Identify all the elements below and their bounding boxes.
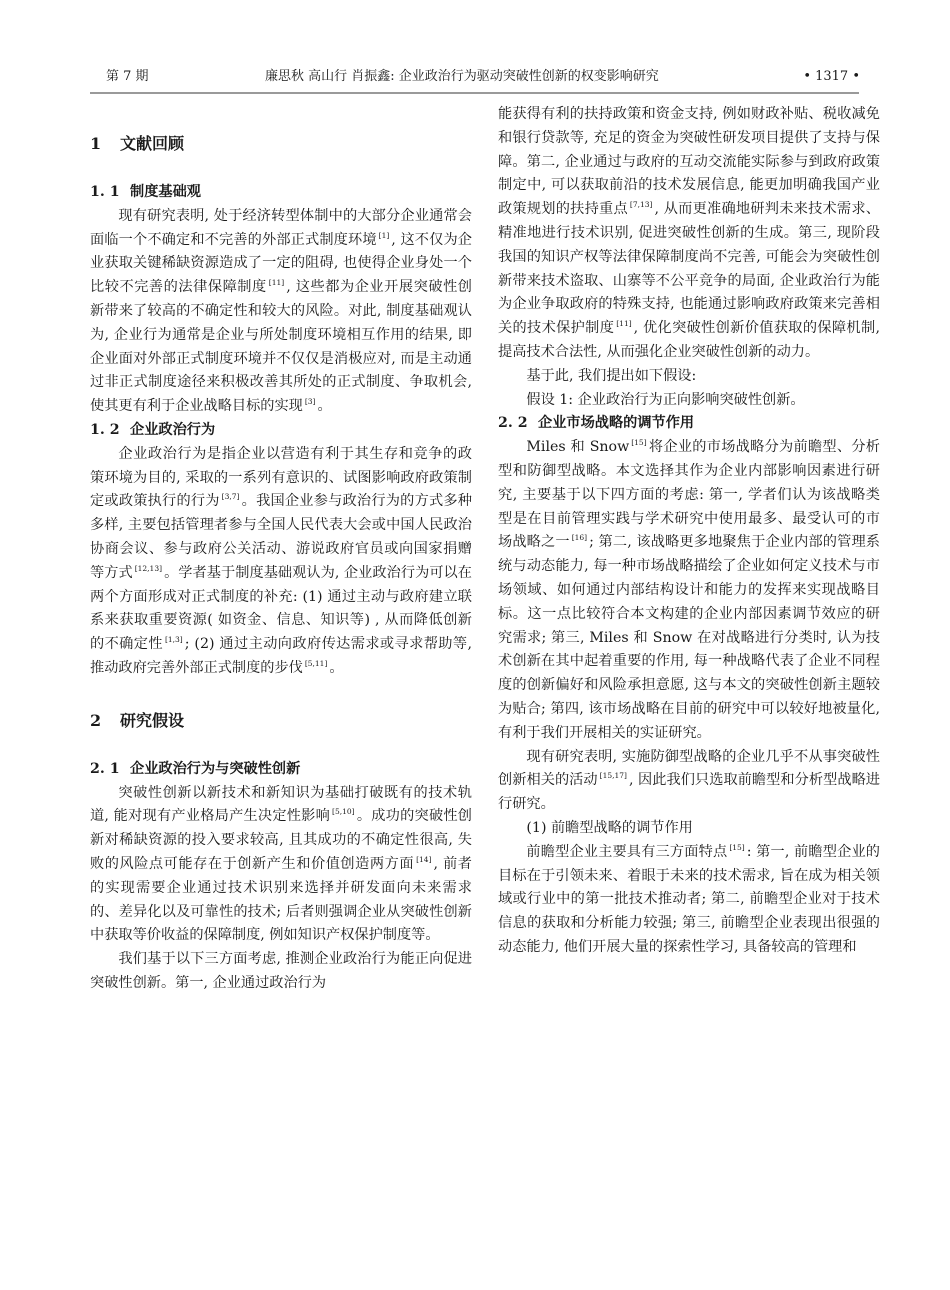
- hypothesis-1: 假设 1: 企业政治行为正向影响突破性创新。: [498, 389, 880, 413]
- paragraph: 突破性创新以新技术和新知识为基础打破既有的技术轨道, 能对现有产业格局产生决定性…: [90, 782, 472, 949]
- paragraph: Miles 和 Snow[15]将企业的市场战略分为前瞻型、分析型和防御型战略。…: [498, 436, 880, 745]
- citation[interactable]: [15]: [727, 843, 746, 852]
- citation[interactable]: [5,10]: [330, 807, 357, 816]
- citation[interactable]: [16]: [570, 533, 589, 542]
- citation[interactable]: [5,11]: [303, 659, 330, 668]
- subsection-heading-1-2: 1. 2企业政治行为: [90, 419, 472, 443]
- subsection-heading-2-1: 2. 1企业政治行为与突破性创新: [90, 758, 472, 782]
- paragraph: 基于此, 我们提出如下假设:: [498, 365, 880, 389]
- page-number: • 1317 •: [803, 66, 860, 88]
- subsection-heading-1-1: 1. 1制度基础观: [90, 181, 472, 205]
- running-title: 廉思秋 高山行 肖振鑫: 企业政治行为驱动突破性创新的权变影响研究: [265, 66, 659, 88]
- citation[interactable]: [1,3]: [163, 635, 185, 644]
- citation[interactable]: [15]: [629, 438, 648, 447]
- paragraph: 我们基于以下三方面考虑, 推测企业政治行为能正向促进突破性创新。第一, 企业通过…: [90, 948, 472, 996]
- subheading-prospector: (1) 前瞻型战略的调节作用: [498, 817, 880, 841]
- paragraph: 现有研究表明, 实施防御型战略的企业几乎不从事突破性创新相关的活动[15,17]…: [498, 746, 880, 817]
- citation[interactable]: [11]: [614, 319, 633, 328]
- paragraph: 前瞻型企业主要具有三方面特点[15]: 第一, 前瞻型企业的目标在于引领未来、着…: [498, 841, 880, 960]
- issue-number: 第 7 期: [106, 66, 149, 88]
- header-rule: [90, 92, 859, 94]
- section-heading-2: 2研究假设: [90, 709, 472, 733]
- citation[interactable]: [15,17]: [598, 771, 629, 780]
- running-header: 第 7 期 廉思秋 高山行 肖振鑫: 企业政治行为驱动突破性创新的权变影响研究 …: [90, 66, 860, 88]
- citation[interactable]: [11]: [267, 278, 286, 287]
- citation[interactable]: [3]: [303, 397, 318, 406]
- right-column: 能获得有利的扶持政策和资金支持, 例如财政补贴、税收减免和银行贷款等, 充足的资…: [498, 103, 880, 960]
- paragraph: 能获得有利的扶持政策和资金支持, 例如财政补贴、税收减免和银行贷款等, 充足的资…: [498, 103, 880, 365]
- subsection-heading-2-2: 2. 2企业市场战略的调节作用: [498, 412, 880, 436]
- citation[interactable]: [3,7]: [220, 492, 242, 501]
- left-column: 1文献回顾 1. 1制度基础观 现有研究表明, 处于经济转型体制中的大部分企业通…: [90, 132, 472, 996]
- section-heading-1: 1文献回顾: [90, 132, 472, 156]
- citation[interactable]: [1]: [377, 231, 392, 240]
- paragraph: 企业政治行为是指企业以营造有利于其生存和竞争的政策环境为目的, 采取的一系列有意…: [90, 443, 472, 681]
- citation[interactable]: [7,13]: [628, 200, 655, 209]
- citation[interactable]: [14]: [414, 855, 433, 864]
- paragraph: 现有研究表明, 处于经济转型体制中的大部分企业通常会面临一个不确定和不完善的外部…: [90, 205, 472, 419]
- citation[interactable]: [12,13]: [133, 564, 164, 573]
